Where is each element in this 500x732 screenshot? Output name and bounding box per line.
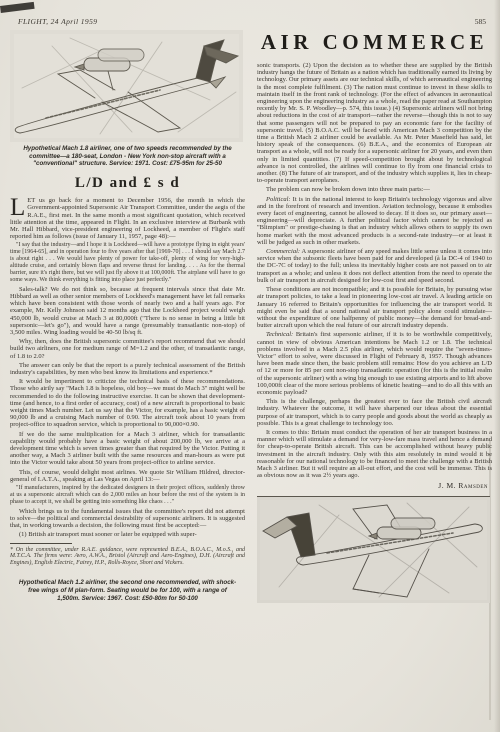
page-header: FLIGHT, 24 April 1959 585 (18, 17, 486, 26)
numbered-points-paragraph: sonic transports. (2) Upon the decision … (257, 62, 492, 184)
committee-footnote: * On the committee, under R.A.E. guidanc… (10, 547, 245, 568)
article-title: L/D and £ s d (10, 175, 245, 192)
article-intro-paragraph: LET us go back for a moment to December … (10, 197, 245, 240)
hildred-intro-paragraph: This, of course, would delight most airl… (10, 469, 245, 483)
section-title: AIR COMMERCE (257, 30, 492, 55)
mach-1-8-airliner-sketch (10, 30, 243, 142)
hibbard-quote: "I say that the industry—and I hope it i… (10, 242, 245, 283)
sales-talk-paragraph: Sales-talk? We do not think so, because … (10, 286, 245, 336)
fundamental-issues-paragraph: Which brings us to the fundamental issue… (10, 508, 245, 530)
right-column: AIR COMMERCE sonic transports. (2) Upon … (257, 30, 492, 605)
commercial-paragraph: Commercial: A supersonic airliner of any… (257, 248, 492, 284)
conclusion-paragraph: It comes to this: Britain must conduct t… (257, 429, 492, 479)
three-parts-paragraph: The problem can now be broken down into … (257, 186, 492, 193)
answer-paragraph: The answer can only be that the report i… (10, 362, 245, 376)
hildred-quote: "If manufacturers, inspired by the dedic… (10, 485, 245, 506)
political-paragraph: Political: It is in the national interes… (257, 196, 492, 246)
journal-date: FLIGHT, 24 April 1959 (18, 17, 97, 26)
left-column: Hypothetical Mach 1.8 airliner, one of t… (10, 30, 245, 605)
page-edge-shadow (494, 0, 500, 732)
footnote-rule (10, 543, 72, 544)
impertinent-paragraph: It would be impertinent to criticize the… (10, 378, 245, 428)
numbered-item-1: (1) British air transport must sooner or… (10, 531, 245, 538)
page-number: 585 (475, 17, 486, 26)
conditions-paragraph: These conditions are not incompatible; a… (257, 286, 492, 329)
technical-lead: Technical: (266, 331, 293, 338)
image-caption-mach12: Hypothetical Mach 1.2 airliner, the seco… (12, 579, 243, 602)
commercial-lead: Commercial: (266, 248, 300, 255)
magazine-page: FLIGHT, 24 April 1959 585 (0, 0, 500, 732)
technical-paragraph: Technical: Britain's first supersonic ai… (257, 331, 492, 396)
drop-cap: L (10, 197, 27, 218)
multiplication-paragraph: If we do the same multiplication for a M… (10, 431, 245, 467)
mach-1-2-airliner-sketch (257, 496, 490, 603)
why-then-paragraph: Why, then, does the British supersonic c… (10, 338, 245, 360)
challenge-paragraph: This is the challenge, perhaps the great… (257, 398, 492, 427)
two-column-layout: Hypothetical Mach 1.8 airliner, one of t… (10, 30, 492, 605)
intro-text: ET us go back for a moment to December 1… (10, 197, 245, 240)
author-signature: J. M. Ramsden (257, 481, 488, 490)
technical-text: Britain's first supersonic airliner, if … (257, 331, 492, 396)
political-lead: Political: (266, 196, 291, 203)
scan-corner-blemish (0, 2, 35, 13)
image-caption-mach18: Hypothetical Mach 1.8 airliner, one of t… (12, 145, 243, 168)
political-text: It is in the national interest to keep B… (257, 196, 492, 246)
